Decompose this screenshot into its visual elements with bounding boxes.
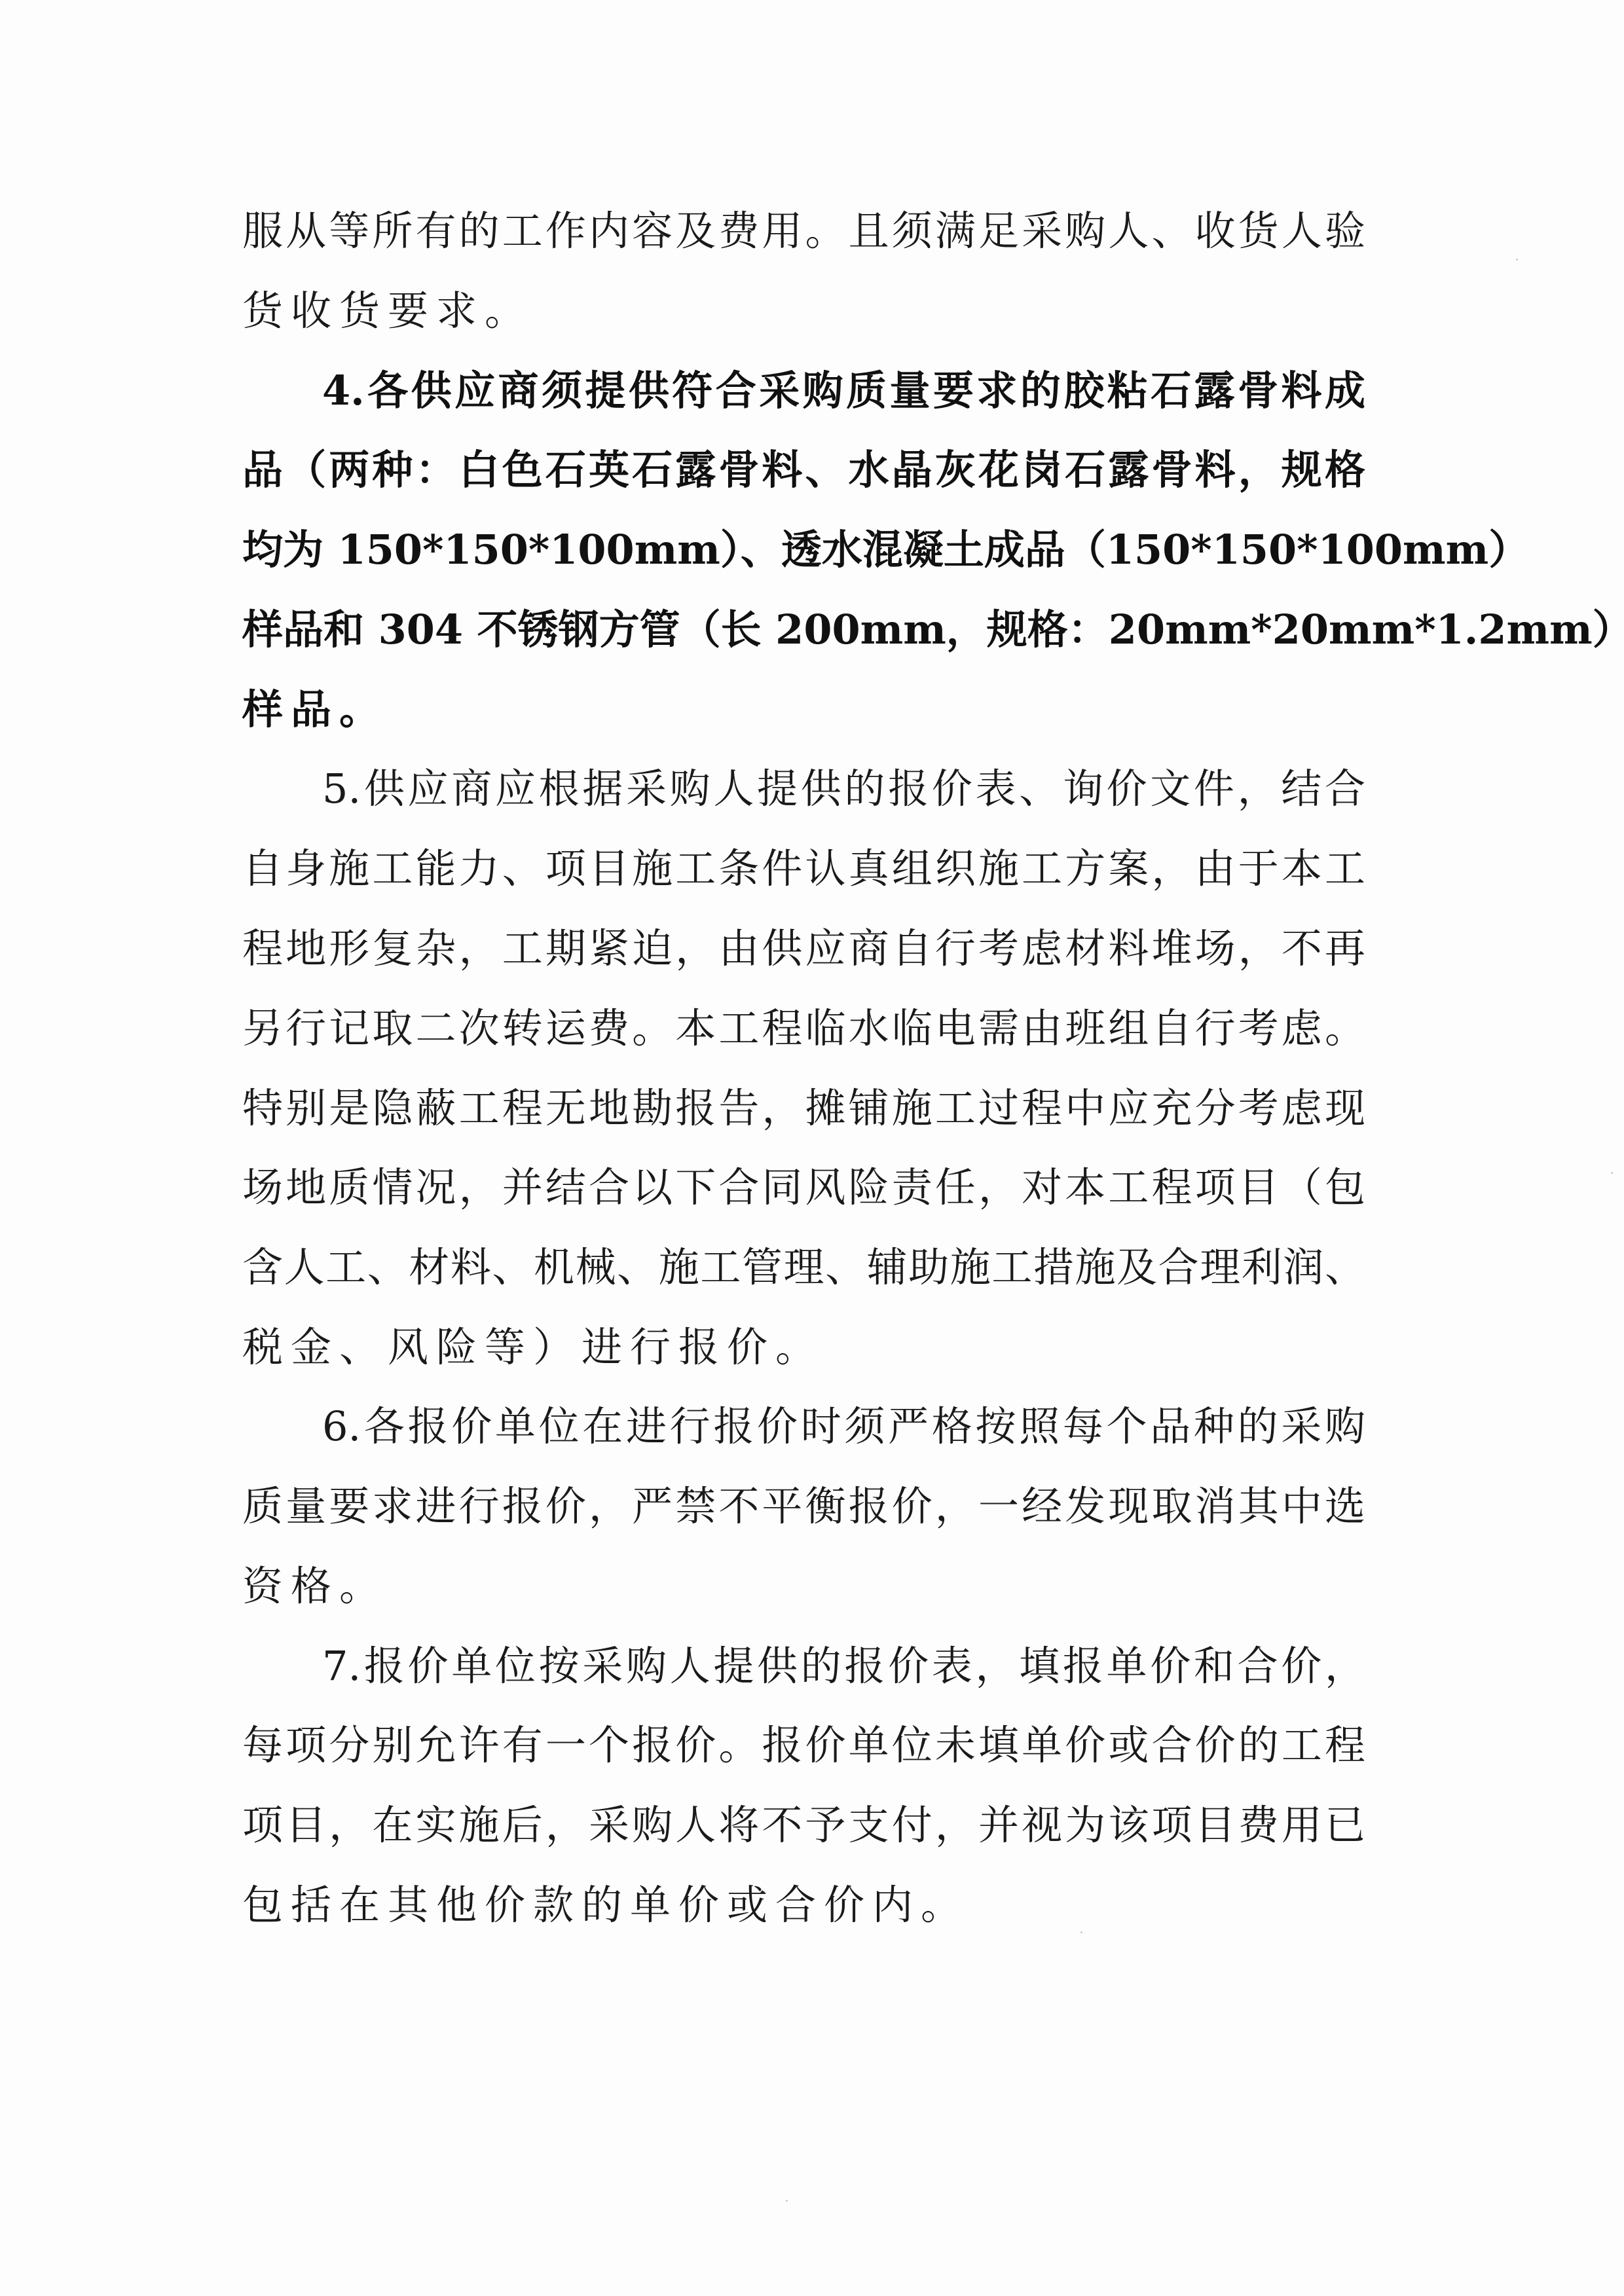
text-line: 品（两种：白色石英石露骨料、水晶灰花岗石露骨料，规格 [242, 430, 1365, 510]
text-line: 另行记取二次转运费。本工程临水临电需由班组自行考虑。 [242, 989, 1365, 1068]
text-line: 程地形复杂，工期紧迫，由供应商自行考虑材料堆场，不再 [242, 909, 1365, 989]
text-line: 场地质情况，并结合以下合同风险责任，对本工程项目（包 [242, 1148, 1365, 1228]
text-line: 自身施工能力、项目施工条件认真组织施工方案，由于本工 [242, 829, 1365, 909]
text-line: 4.各供应商须提供符合采购质量要求的胶粘石露骨料成 [322, 351, 1365, 431]
document-page: 服从等所有的工作内容及费用。且须满足采购人、收货人验 货收货要求。 4.各供应商… [0, 0, 1624, 2296]
text-line: 均为 150*150*100mm）、透水混凝土成品（150*150*100mm） [242, 510, 1365, 590]
text-line: 税金、风险等）进行报价。 [242, 1307, 1365, 1387]
text-line: 含人工、材料、机械、施工管理、辅助施工措施及合理利润、 [242, 1228, 1365, 1307]
text-line: 5.供应商应根据采购人提供的报价表、询价文件，结合 [322, 749, 1365, 829]
text-line: 7.报价单位按采购人提供的报价表，填报单价和合价， [322, 1626, 1365, 1706]
text-line: 包括在其他价款的单价或合价内。 [242, 1865, 1365, 1945]
scan-speck [1080, 1931, 1082, 1933]
text-line: 6.各报价单位在进行报价时须严格按照每个品种的采购 [322, 1387, 1365, 1467]
text-line: 样品和 304 不锈钢方管（长 200mm，规格：20mm*20mm*1.2mm… [242, 590, 1365, 670]
text-line: 项目，在实施后，采购人将不予支付，并视为该项目费用已 [242, 1785, 1365, 1865]
text-line: 资格。 [242, 1546, 1365, 1626]
text-line: 特别是隐蔽工程无地勘报告，摊铺施工过程中应充分考虑现 [242, 1068, 1365, 1148]
text-line: 每项分别允许有一个报价。报价单位未填单价或合价的工程 [242, 1705, 1365, 1785]
scan-speck [1611, 1172, 1613, 1174]
scan-speck [1516, 259, 1518, 261]
text-line: 样品。 [242, 670, 1365, 750]
text-line: 货收货要求。 [242, 271, 1365, 351]
text-line: 服从等所有的工作内容及费用。且须满足采购人、收货人验 [242, 191, 1365, 271]
scan-speck [786, 2200, 788, 2202]
text-line: 质量要求进行报价，严禁不平衡报价，一经发现取消其中选 [242, 1467, 1365, 1546]
